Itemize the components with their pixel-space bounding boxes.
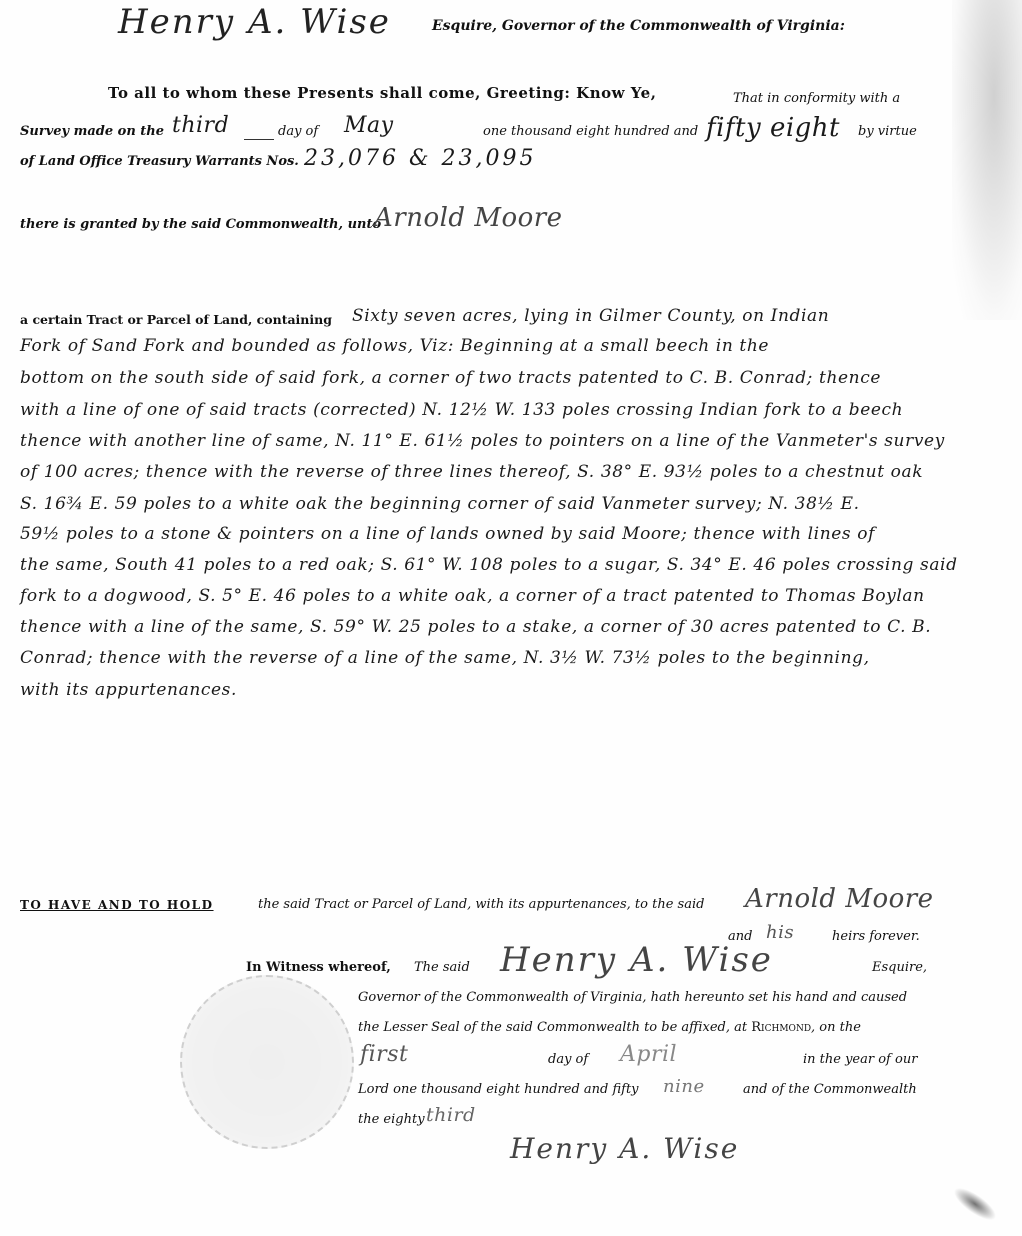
witness-commonwealth: and of the Commonwealth xyxy=(743,1082,917,1097)
witness-day-of: day of xyxy=(548,1052,588,1067)
tract-line-13: with its appurtenances. xyxy=(20,680,237,700)
witness-eighty: the eighty xyxy=(358,1112,425,1127)
land-grant-document: Henry A. Wise Esquire, Governor of the C… xyxy=(0,0,1022,1236)
tract-label: a certain Tract or Parcel of Land, conta… xyxy=(20,312,332,327)
survey-day: third xyxy=(172,113,229,138)
warrant-numbers: 23,076 & 23,095 xyxy=(304,146,537,171)
header-title: Esquire, Governor of the Commonwealth of… xyxy=(432,18,845,34)
witness-signature: Henry A. Wise xyxy=(500,940,773,980)
governor-signature-header: Henry A. Wise xyxy=(118,2,391,42)
habendum-heirs: heirs forever. xyxy=(832,929,920,944)
witness-day: first xyxy=(360,1042,408,1067)
witness-year-word: nine xyxy=(663,1076,705,1097)
witness-line-1: Governor of the Commonwealth of Virginia… xyxy=(358,990,907,1005)
tract-line-2: Fork of Sand Fork and bounded as follows… xyxy=(20,336,769,356)
greeting-conformity: That in conformity with a xyxy=(733,91,900,106)
habendum-grantee: Arnold Moore xyxy=(745,884,934,914)
closing-signature: Henry A. Wise xyxy=(510,1132,739,1165)
tract-line-10: fork to a dogwood, S. 5° E. 46 poles to … xyxy=(20,586,925,606)
witness-month: April xyxy=(620,1042,677,1067)
greeting-know-ye: Know Ye, xyxy=(576,84,656,102)
grantee-label: there is granted by the said Commonwealt… xyxy=(20,217,381,232)
witness-city: Richmond xyxy=(751,1020,811,1035)
tract-line-6: of 100 acres; thence with the reverse of… xyxy=(20,462,923,482)
witness-the-said: The said xyxy=(414,960,470,975)
witness-esquire: Esquire, xyxy=(872,960,927,975)
flourish-dash xyxy=(240,130,278,148)
survey-year-words: fifty eight xyxy=(706,113,840,143)
witness-lord-line: Lord one thousand eight hundred and fift… xyxy=(358,1082,639,1097)
witness-year-of-our: in the year of our xyxy=(803,1052,917,1067)
greeting-line: To all to whom these Presents shall come… xyxy=(108,84,656,102)
witness-cw-year: third xyxy=(426,1104,476,1126)
witness-label: In Witness whereof, xyxy=(246,960,391,975)
tract-line-7: S. 16¾ E. 59 poles to a white oak the be… xyxy=(20,494,860,514)
witness-line-2: the Lesser Seal of the said Commonwealth… xyxy=(358,1020,861,1035)
witness-line-2-post: , on the xyxy=(811,1020,861,1035)
tract-line-11: thence with a line of the same, S. 59° W… xyxy=(20,617,931,637)
habendum-text: the said Tract or Parcel of Land, with i… xyxy=(258,897,704,912)
survey-day-of-label: day of xyxy=(278,124,318,139)
tract-line-8: 59½ poles to a stone & pointers on a lin… xyxy=(20,524,875,544)
habendum-label: TO HAVE AND TO HOLD xyxy=(20,898,214,912)
warrants-label: of Land Office Treasury Warrants Nos. xyxy=(20,154,299,169)
tract-line-12: Conrad; thence with the reverse of a lin… xyxy=(20,648,870,668)
ink-smudge xyxy=(949,1182,1000,1225)
survey-year-label: one thousand eight hundred and xyxy=(483,124,698,139)
tract-line-3: bottom on the south side of said fork, a… xyxy=(20,368,881,388)
scan-noise xyxy=(952,0,1022,320)
tract-line-9: the same, South 41 poles to a red oak; S… xyxy=(20,555,958,575)
tract-line-5: thence with another line of same, N. 11°… xyxy=(20,431,945,451)
survey-label: Survey made on the xyxy=(20,124,164,139)
tract-line-1: Sixty seven acres, lying in Gilmer Count… xyxy=(352,306,829,326)
witness-line-2-pre: the Lesser Seal of the said Commonwealth… xyxy=(358,1020,747,1035)
lesser-seal xyxy=(180,975,354,1149)
survey-month: May xyxy=(344,113,394,138)
greeting-to-all: To all to whom these Presents shall come… xyxy=(108,84,570,102)
survey-by-virtue: by virtue xyxy=(858,124,917,139)
tract-line-4: with a line of one of said tracts (corre… xyxy=(20,400,903,420)
grantee-name: Arnold Moore xyxy=(374,203,563,233)
